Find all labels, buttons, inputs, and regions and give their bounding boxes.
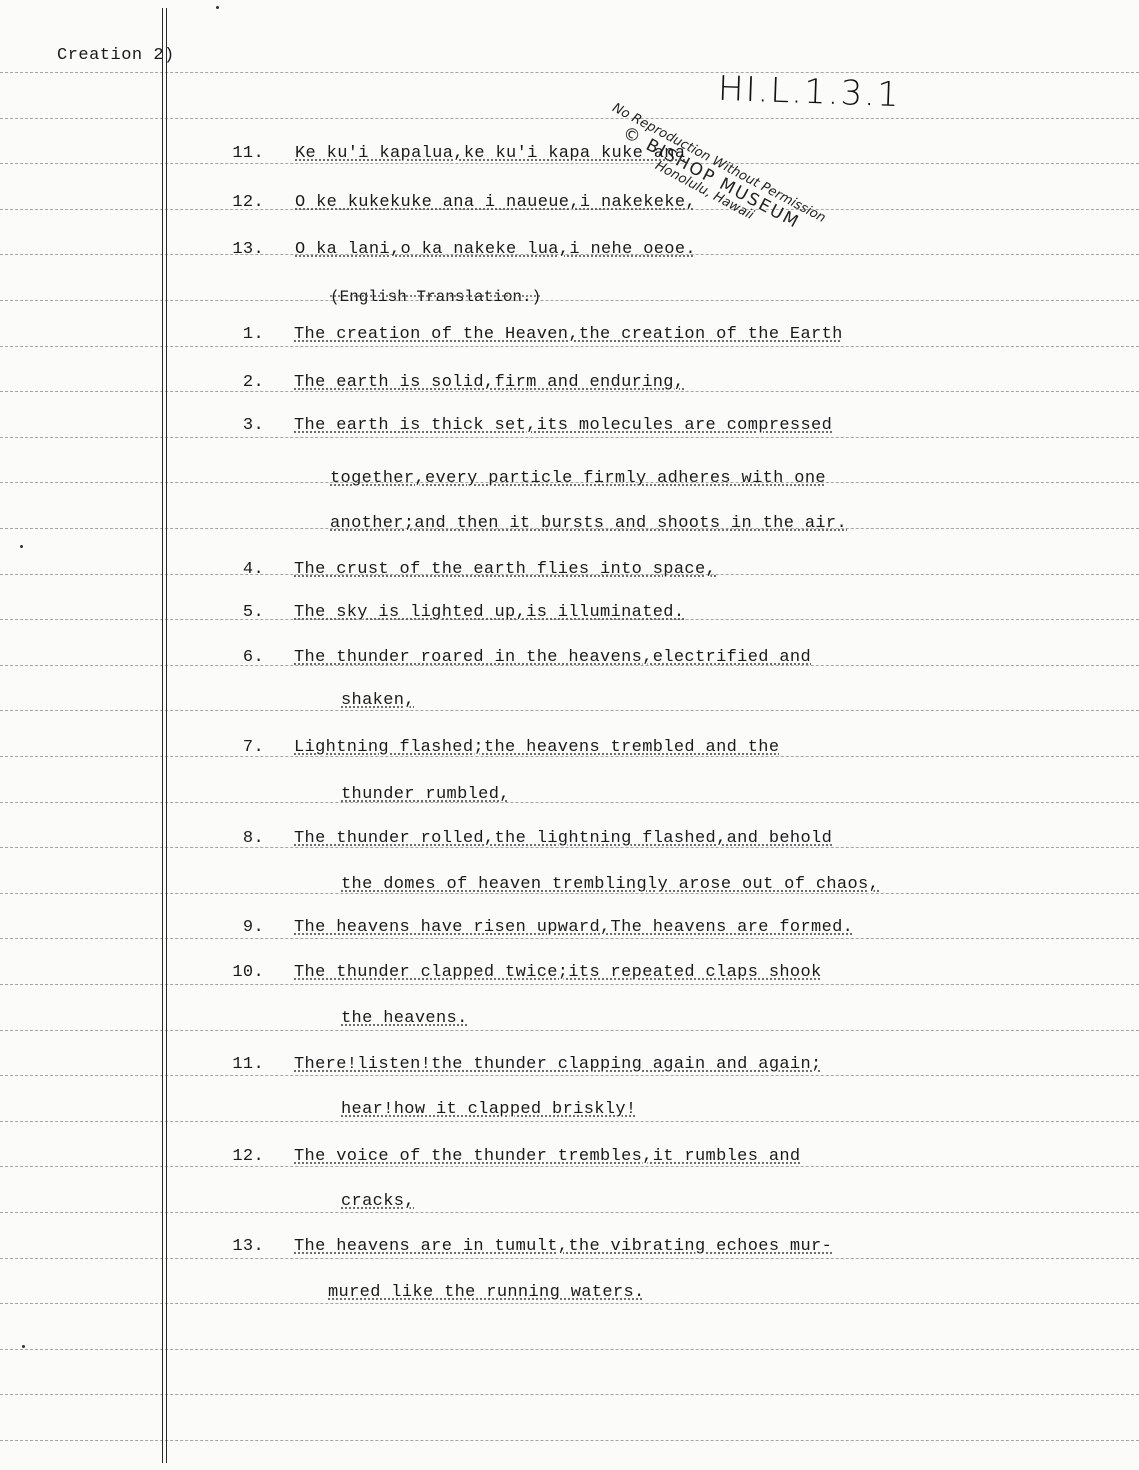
- verse-text: shaken,: [341, 691, 415, 710]
- verse-text: Ke ku'i kapalua,ke ku'i kapa kuke ana: [295, 144, 685, 163]
- verse-number: 2.: [224, 373, 264, 392]
- verse-text: the heavens.: [341, 1009, 468, 1028]
- verse-text: There!listen!the thunder clapping again …: [294, 1055, 822, 1074]
- ruled-line: [0, 1349, 1139, 1350]
- verse-number: 5.: [224, 603, 264, 622]
- margin-line-left: [162, 8, 163, 1463]
- verse-number: 1.: [224, 325, 264, 344]
- verse-text: The heavens are in tumult,the vibrating …: [294, 1237, 832, 1256]
- ruled-line: [0, 1212, 1139, 1213]
- verse-text: O ke kukekuke ana i naueue,i nakekeke,: [295, 193, 696, 212]
- stamp-line-2: © BISHOP MUSEUM: [596, 110, 826, 245]
- verse-text: The thunder rolled,the lightning flashed…: [294, 829, 832, 848]
- verse-text: The crust of the earth flies into space,: [294, 560, 716, 579]
- verse-number: 11.: [224, 144, 264, 163]
- ruled-line: [0, 118, 1139, 119]
- ruled-line: [0, 1303, 1139, 1304]
- verse-text: thunder rumbled,: [341, 785, 510, 804]
- verse-text: The earth is solid,firm and enduring,: [294, 373, 684, 392]
- ruled-line: [0, 300, 1139, 301]
- verse-number: 11.: [224, 1055, 264, 1074]
- verse-text: The thunder clapped twice;its repeated c…: [294, 963, 822, 982]
- verse-number: 6.: [224, 648, 264, 667]
- ruled-line: [0, 1121, 1139, 1122]
- catalog-number: HI.L.1.3.1: [717, 69, 901, 115]
- verse-text: Lightning flashed;the heavens trembled a…: [294, 738, 779, 757]
- ruled-line: [0, 802, 1139, 803]
- verse-text: O ka lani,o ka nakeke lua,i nehe oeoe.: [295, 240, 696, 259]
- ruled-line: [0, 1394, 1139, 1395]
- verse-text: mured like the running waters.: [328, 1283, 645, 1302]
- ruled-line: [0, 1258, 1139, 1259]
- verse-text: The heavens have risen upward,The heaven…: [294, 918, 853, 937]
- verse-text: The sky is lighted up,is illuminated.: [294, 603, 684, 622]
- ruled-line: [0, 72, 1139, 73]
- verse-text: together,every particle firmly adheres w…: [330, 469, 826, 488]
- verse-text: The thunder roared in the heavens,electr…: [294, 648, 811, 667]
- verse-number: 8.: [224, 829, 264, 848]
- verse-text: The creation of the Heaven,the creation …: [294, 325, 843, 344]
- ruled-line: [0, 710, 1139, 711]
- verse-number: 7.: [224, 738, 264, 757]
- ruled-line: [0, 1166, 1139, 1167]
- verse-number: 13.: [224, 1237, 264, 1256]
- verse-text: another;and then it bursts and shoots in…: [330, 514, 847, 533]
- verse-text: the domes of heaven tremblingly arose ou…: [341, 875, 879, 894]
- verse-number: 10.: [224, 963, 264, 982]
- verse-text: cracks,: [341, 1192, 415, 1211]
- verse-text: The earth is thick set,its molecules are…: [294, 416, 832, 435]
- copyright-stamp: No Reproduction Without Permission © BIS…: [590, 98, 832, 256]
- ruled-line: [0, 1030, 1139, 1031]
- ruled-line: [0, 346, 1139, 347]
- typed-manuscript-page: Creation 2) HI.L.1.3.1 No Reproduction W…: [0, 0, 1139, 1470]
- speck: [216, 6, 219, 9]
- speck: [22, 1345, 25, 1348]
- page-title: Creation 2): [57, 46, 175, 65]
- translation-heading: (English Translation.): [330, 288, 541, 306]
- ruled-line: [0, 437, 1139, 438]
- ruled-line: [0, 984, 1139, 985]
- verse-number: 12.: [224, 1147, 264, 1166]
- ruled-line: [0, 1440, 1139, 1441]
- speck: [20, 545, 23, 548]
- verse-number: 4.: [224, 560, 264, 579]
- ruled-line: [0, 938, 1139, 939]
- ruled-line: [0, 163, 1139, 164]
- verse-number: 12.: [224, 193, 264, 212]
- verse-number: 13.: [224, 240, 264, 259]
- verse-text: hear!how it clapped briskly!: [341, 1100, 636, 1119]
- verse-number: 9.: [224, 918, 264, 937]
- verse-text: The voice of the thunder trembles,it rum…: [294, 1147, 800, 1166]
- verse-number: 3.: [224, 416, 264, 435]
- margin-line-right: [166, 8, 167, 1463]
- ruled-line: [0, 1075, 1139, 1076]
